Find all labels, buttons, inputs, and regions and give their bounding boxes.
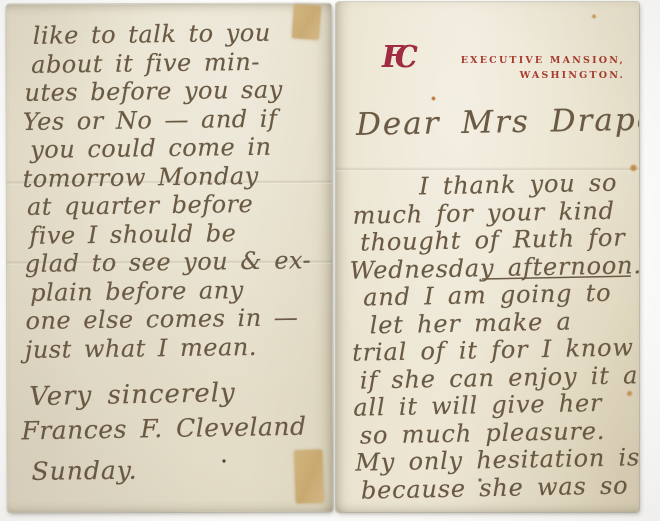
handwritten-line: glad to see you & ex- <box>25 246 326 278</box>
closing-line: Very sincerely <box>29 378 236 412</box>
handwritten-line: five I should be <box>29 218 325 250</box>
signature-frances-cleveland: Frances F. Cleveland <box>21 412 307 446</box>
date-line: Sunday. <box>31 456 137 486</box>
handwritten-line: because she was so <box>361 472 639 505</box>
handwritten-line: plain before any <box>30 275 326 307</box>
handwritten-line: like to talk to you <box>33 18 323 50</box>
handwritten-line: you could come in <box>30 132 324 164</box>
letter-page-right: FC EXECUTIVE MANSION, WASHINGTON. Dear M… <box>336 2 639 512</box>
handwritten-line: utes before you say <box>24 75 323 107</box>
tape-stain-bottom <box>294 450 324 504</box>
handwritten-line: Yes or No — and if <box>23 104 324 136</box>
letterhead-executive-mansion: EXECUTIVE MANSION, <box>461 55 625 66</box>
tape-stain-top <box>292 4 321 40</box>
left-page-handwriting: like to talk to you about it five min- u… <box>21 18 327 364</box>
cleveland-monogram-icon: FC <box>382 39 410 75</box>
handwritten-line: about it five min- <box>31 47 323 79</box>
letterhead-washington: WASHINGTON. <box>461 70 625 81</box>
handwritten-line: and I am going to <box>363 279 637 312</box>
handwritten-line: one else comes in — <box>25 303 326 335</box>
handwritten-line: tomorrow Monday <box>22 161 324 193</box>
letterhead: EXECUTIVE MANSION, WASHINGTON. <box>461 55 625 81</box>
salutation-line: Dear Mrs Draper. <box>356 101 639 143</box>
letter-photo: like to talk to you about it five min- u… <box>0 0 660 521</box>
letter-page-left: like to talk to you about it five min- u… <box>6 4 332 513</box>
right-page-handwriting: I thank you so much for your kind though… <box>347 169 639 504</box>
handwritten-line: just what I mean. <box>25 331 327 363</box>
handwritten-line: at quarter before <box>27 189 325 221</box>
